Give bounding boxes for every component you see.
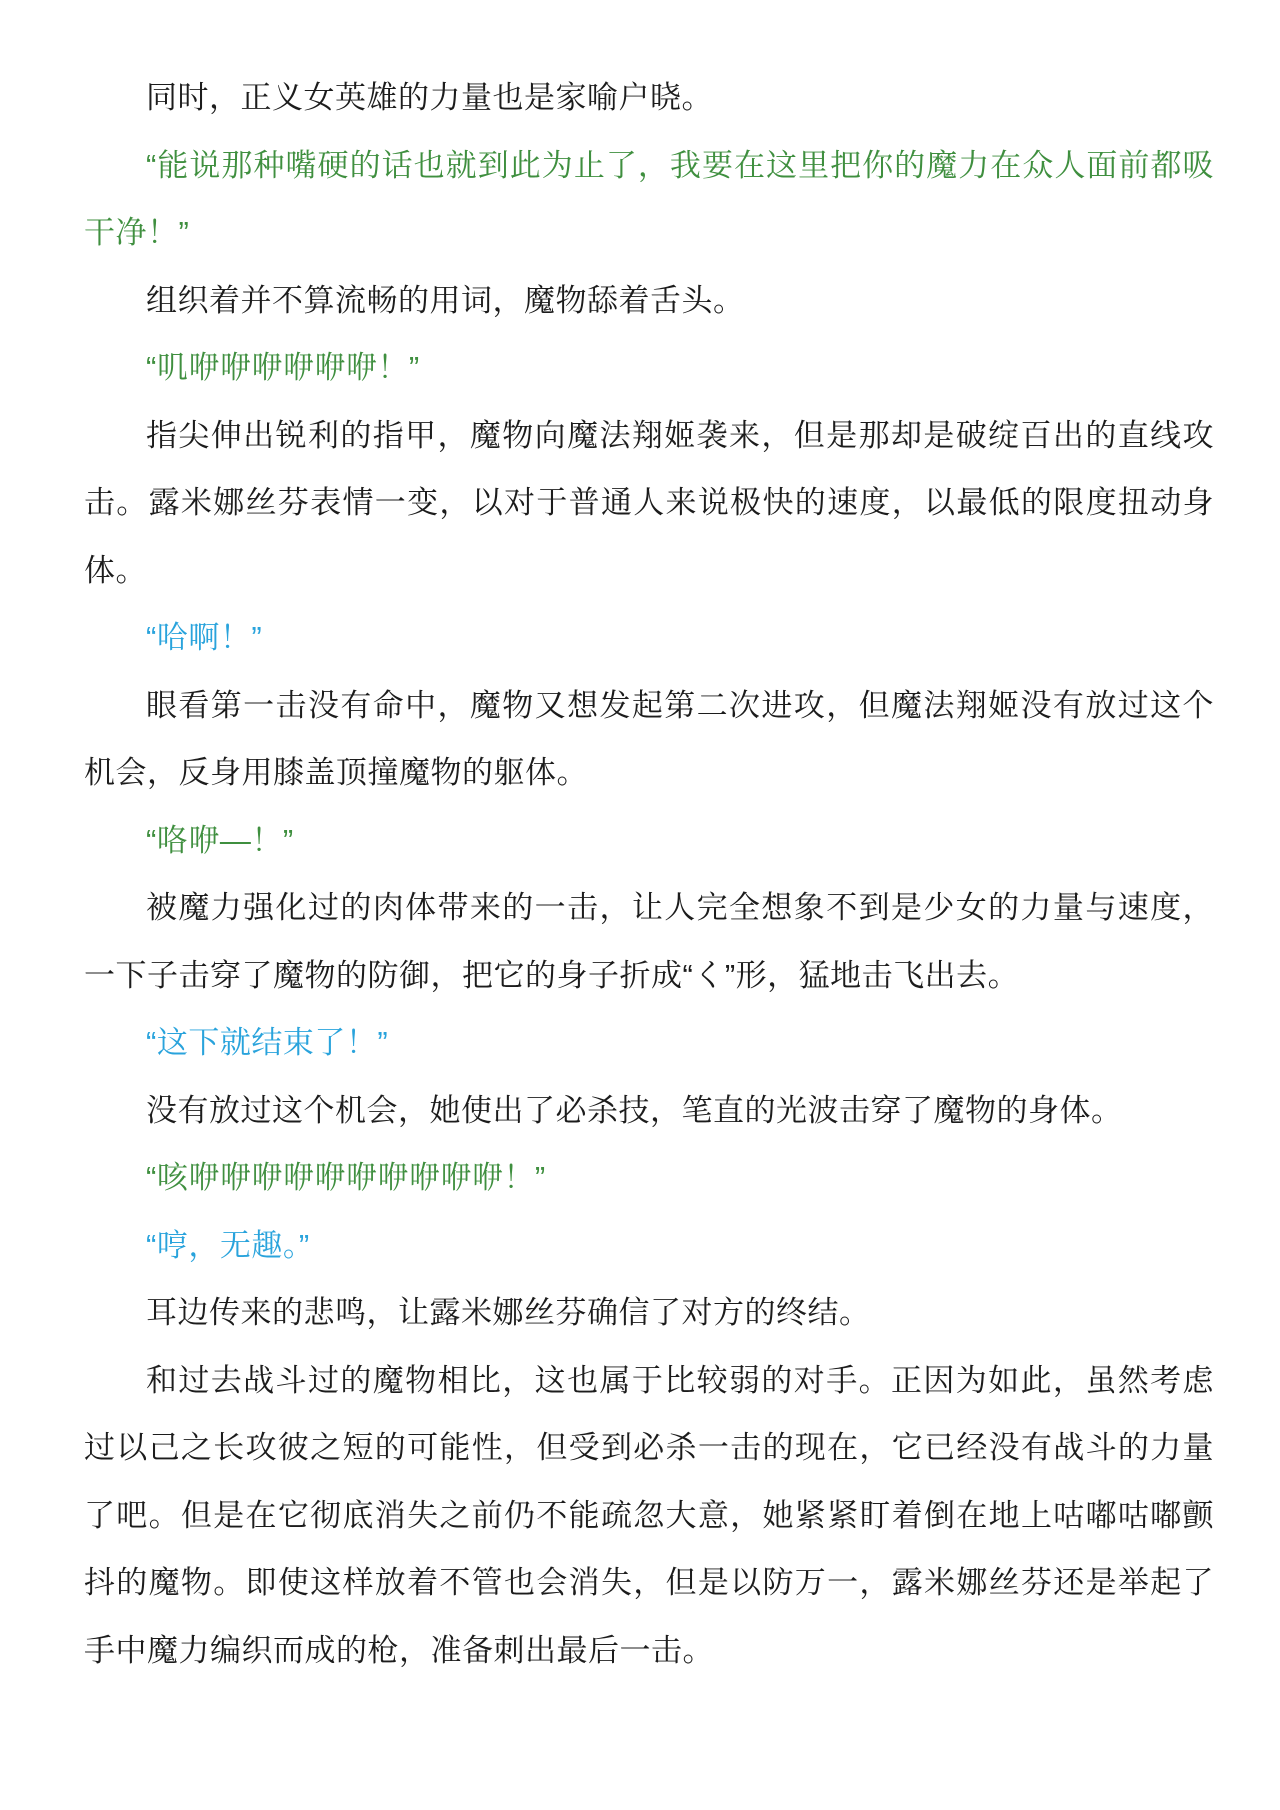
novel-page: 同时，正义女英雄的力量也是家喻户晓。“能说那种嘴硬的话也就到此为止了，我要在这里…: [0, 0, 1280, 1810]
dialogue-paragraph: “咳咿咿咿咿咿咿咿咿咿咿！”: [84, 1144, 1214, 1212]
narration-paragraph: 没有放过这个机会，她使出了必杀技，笔直的光波击穿了魔物的身体。: [84, 1077, 1214, 1145]
dialogue-paragraph: “能说那种嘴硬的话也就到此为止了，我要在这里把你的魔力在众人面前都吸干净！”: [84, 132, 1214, 267]
narration-paragraph: 指尖伸出锐利的指甲，魔物向魔法翔姬袭来，但是那却是破绽百出的直线攻击。露米娜丝芬…: [84, 402, 1214, 605]
dialogue-paragraph: “哼，无趣。”: [84, 1212, 1214, 1280]
dialogue-paragraph: “哈啊！”: [84, 604, 1214, 672]
dialogue-paragraph: “咯咿—！”: [84, 807, 1214, 875]
narration-paragraph: 耳边传来的悲鸣，让露米娜丝芬确信了对方的终结。: [84, 1279, 1214, 1347]
page-content: 同时，正义女英雄的力量也是家喻户晓。“能说那种嘴硬的话也就到此为止了，我要在这里…: [84, 64, 1214, 1684]
narration-paragraph: 组织着并不算流畅的用词，魔物舔着舌头。: [84, 267, 1214, 335]
narration-paragraph: 同时，正义女英雄的力量也是家喻户晓。: [84, 64, 1214, 132]
narration-paragraph: 被魔力强化过的肉体带来的一击，让人完全想象不到是少女的力量与速度，一下子击穿了魔…: [84, 874, 1214, 1009]
narration-paragraph: 眼看第一击没有命中，魔物又想发起第二次进攻，但魔法翔姬没有放过这个机会，反身用膝…: [84, 672, 1214, 807]
narration-paragraph: 和过去战斗过的魔物相比，这也属于比较弱的对手。正因为如此，虽然考虑过以己之长攻彼…: [84, 1347, 1214, 1685]
dialogue-paragraph: “叽咿咿咿咿咿咿！”: [84, 334, 1214, 402]
dialogue-paragraph: “这下就结束了！”: [84, 1009, 1214, 1077]
